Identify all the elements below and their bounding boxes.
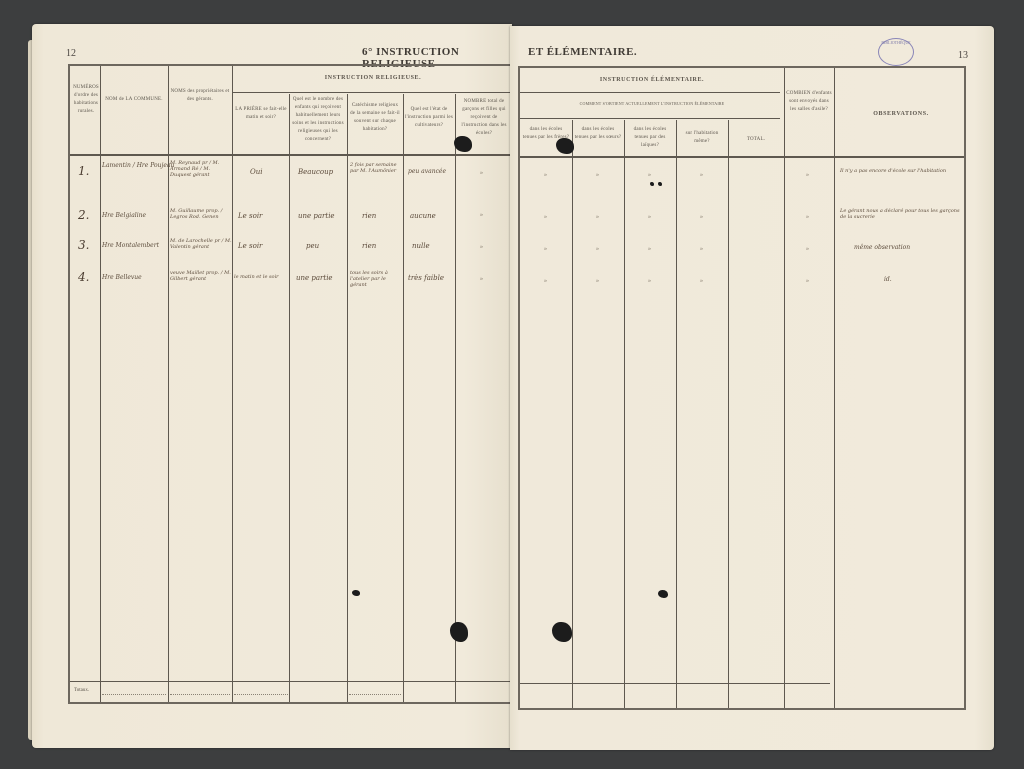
- col-header-habitation: sur l'habitation même?: [678, 130, 726, 146]
- col-header-catechisme: Catéchisme religieux de la semaine se fa…: [349, 102, 401, 134]
- group-header-religious: INSTRUCTION RELIGIEUSE.: [232, 74, 514, 82]
- right-page: ET ÉLÉMENTAIRE. 13 BIBLIOTHÈQUE INSTRUCT…: [510, 26, 994, 750]
- damage-hole: [658, 182, 662, 186]
- damage-hole: [552, 622, 572, 642]
- col-header-total: TOTAL.: [730, 136, 782, 144]
- group-header-elementary: INSTRUCTION ÉLÉMENTAIRE.: [520, 76, 784, 84]
- col-header-salles: COMBIEN d'enfants sont envoyés dans les …: [786, 90, 832, 114]
- damage-hole: [556, 138, 574, 154]
- library-stamp: BIBLIOTHÈQUE: [878, 38, 914, 66]
- damage-hole: [650, 182, 654, 186]
- right-page-number: 13: [958, 50, 968, 61]
- col-header-enfants: Quel est le nombre des enfants qui reçoi…: [291, 96, 345, 144]
- damage-hole: [454, 136, 472, 152]
- left-page: 12 6° INSTRUCTION RELIGIEUSE NUMÉROS d'o…: [32, 24, 512, 748]
- col-header-laiques: dans les écoles tenues par des laïques?: [626, 126, 674, 150]
- left-table: NUMÉROS d'ordre des habitations rurales.…: [68, 64, 512, 704]
- col-header-commune: NOM de LA COMMUNE.: [102, 96, 166, 104]
- col-header-priere: LA PRIÈRE se fait-elle matin et soir?: [234, 106, 288, 122]
- right-table: INSTRUCTION ÉLÉMENTAIRE. COMMENT S'OBTIE…: [518, 66, 966, 710]
- damage-hole: [352, 590, 360, 596]
- group-header-elementary-sub: COMMENT S'OBTIENT ACTUELLEMENT L'INSTRUC…: [520, 100, 784, 108]
- col-header-numeros: NUMÉROS d'ordre des habitations rurales.: [72, 84, 100, 116]
- damage-hole: [450, 622, 468, 642]
- totals-label: Totaux.: [74, 688, 89, 693]
- right-page-heading: ET ÉLÉMENTAIRE.: [528, 46, 637, 58]
- left-page-number: 12: [66, 48, 76, 59]
- damage-hole: [658, 590, 668, 598]
- col-header-observations: OBSERVATIONS.: [836, 110, 966, 118]
- col-header-soeurs: dans les écoles tenues par les sœurs?: [574, 126, 622, 142]
- col-header-nombre: NOMBRE total de garçons et filles qui re…: [457, 98, 511, 138]
- col-header-proprietaires: NOMS des propriétaires et des gérants.: [170, 88, 230, 104]
- col-header-etat: Quel est l'état de l'instruction parmi l…: [405, 106, 453, 130]
